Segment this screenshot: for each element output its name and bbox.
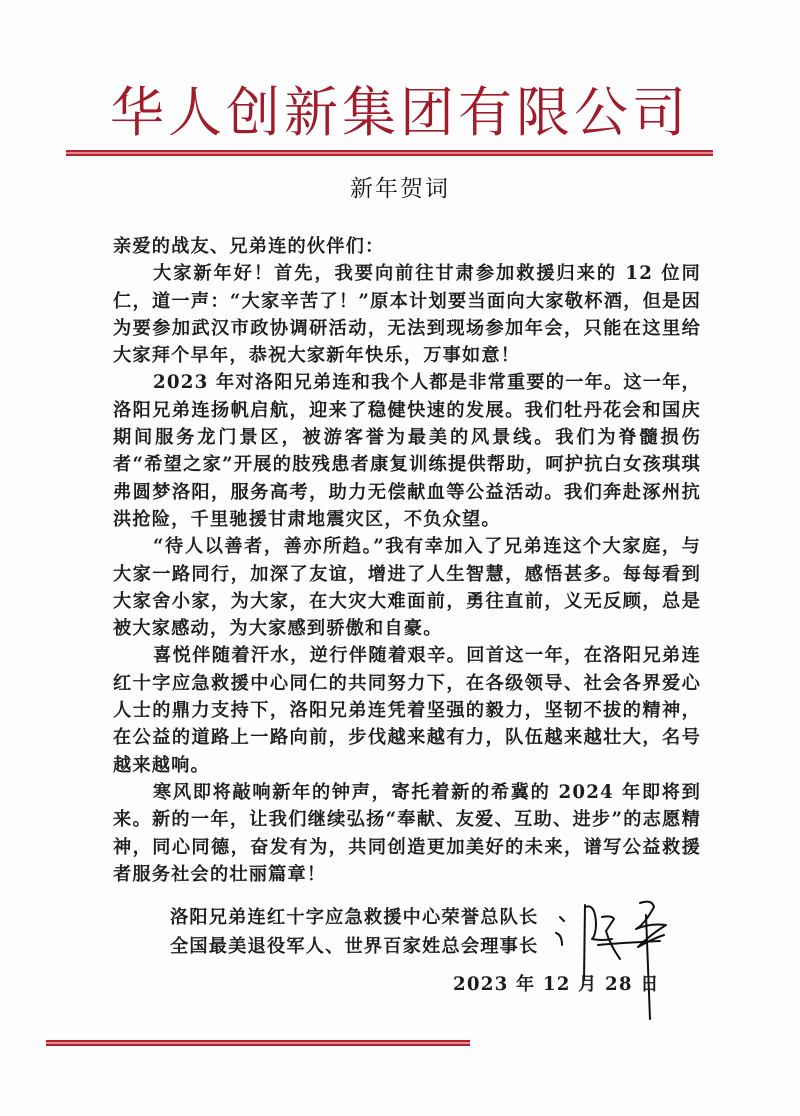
signer-title-2: 全国最美退役军人、世界百家姓总会理事长 [170, 932, 538, 961]
letterhead-company-name: 华人创新集团有限公司 [0, 78, 800, 148]
handwritten-signature-icon [540, 895, 700, 1035]
paragraph-gratitude: “待人以善者，善亦所趋。”我有幸加入了兄弟连这个大家庭，与大家一路同行，加深了友… [113, 533, 701, 642]
letter-body: 亲爱的战友、兄弟连的伙伴们： 大家新年好！首先，我要向前往甘肃参加救援归来的 1… [113, 233, 701, 888]
paragraph-achievements: 喜悦伴随着汗水，逆行伴随着艰辛。回首这一年，在洛阳兄弟连红十字应急救援中心同仁的… [113, 642, 701, 778]
paragraph-2023-review: 2023 年对洛阳兄弟连和我个人都是非常重要的一年。这一年，洛阳兄弟连扬帆启航，… [113, 369, 701, 533]
signature-date: 2023 年 12 月 28 日 [453, 970, 660, 996]
document-title: 新年贺词 [0, 170, 800, 203]
letterhead-divider-top [66, 150, 713, 156]
paragraph-greeting: 大家新年好！首先，我要向前往甘肃参加救援归来的 12 位同仁，道一声：“大家辛苦… [113, 260, 701, 369]
signature-block: 洛阳兄弟连红十字应急救援中心荣誉总队长 全国最美退役军人、世界百家姓总会理事长 [170, 903, 538, 961]
salutation: 亲爱的战友、兄弟连的伙伴们： [113, 233, 701, 260]
footer-divider [46, 1040, 470, 1046]
signer-title-1: 洛阳兄弟连红十字应急救援中心荣誉总队长 [170, 903, 538, 932]
paragraph-outlook-2024: 寒风即将敲响新年的钟声，寄托着新的希冀的 2024 年即将到来。新的一年，让我们… [113, 779, 701, 888]
